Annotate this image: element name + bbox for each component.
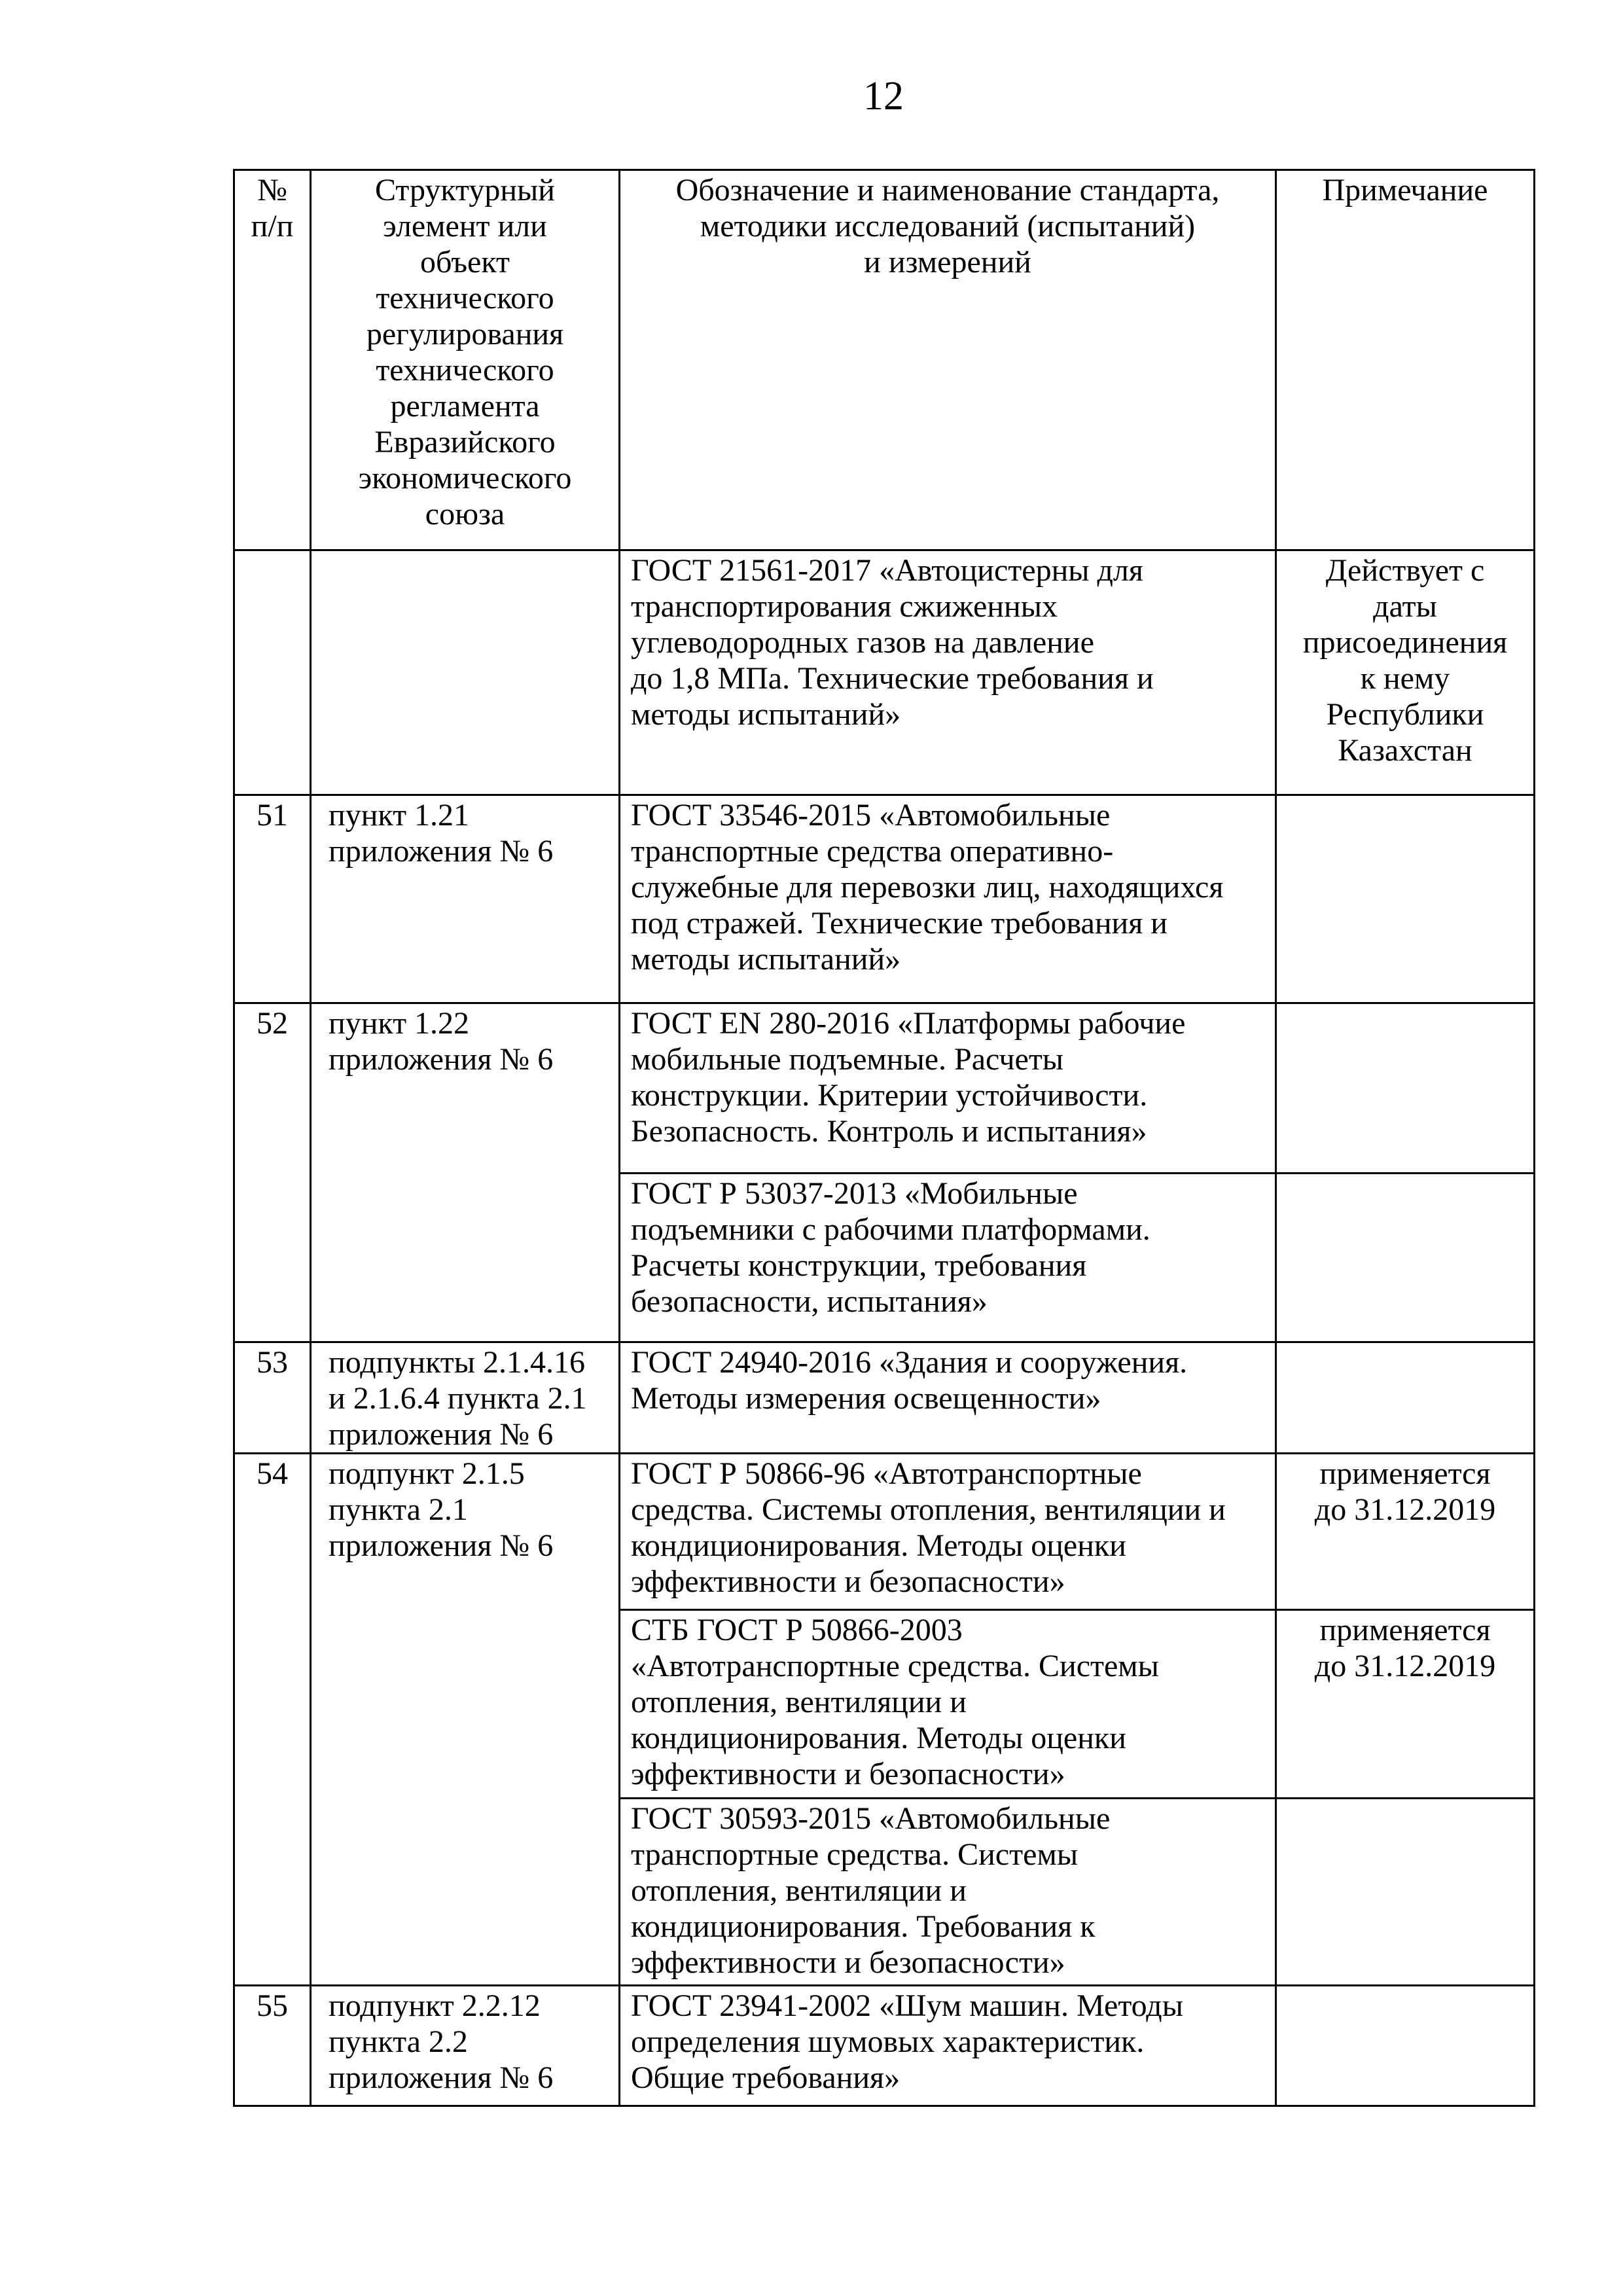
- row-standard: ГОСТ EN 280-2016 «Платформы рабочие моби…: [620, 1003, 1276, 1174]
- row-standard: ГОСТ 30593-2015 «Автомобильные транспорт…: [620, 1799, 1276, 1986]
- row-element: [311, 550, 620, 795]
- table-row: 54 подпункт 2.1.5 пункта 2.1 приложения …: [234, 1454, 1535, 1610]
- row-element: пункт 1.21 приложения № 6: [311, 795, 620, 1003]
- row-note: [1276, 795, 1535, 1003]
- row-number: 51: [234, 795, 311, 1003]
- page-number: 12: [0, 73, 1623, 119]
- row-number: [234, 550, 311, 795]
- row-standard: ГОСТ 23941-2002 «Шум машин. Методы опред…: [620, 1986, 1276, 2106]
- row-standard: ГОСТ 33546-2015 «Автомобильные транспорт…: [620, 795, 1276, 1003]
- row-number: 52: [234, 1003, 311, 1342]
- header-number: № п/п: [234, 170, 311, 550]
- row-standard: ГОСТ 21561-2017 «Автоцистерны для трансп…: [620, 550, 1276, 795]
- row-note: [1276, 1986, 1535, 2106]
- row-standard: ГОСТ 24940-2016 «Здания и сооружения. Ме…: [620, 1342, 1276, 1454]
- table-row: 52 пункт 1.22 приложения № 6 ГОСТ EN 280…: [234, 1003, 1535, 1174]
- table-row: 53 подпункты 2.1.4.16 и 2.1.6.4 пункта 2…: [234, 1342, 1535, 1454]
- row-element: пункт 1.22 приложения № 6: [311, 1003, 620, 1342]
- row-note: [1276, 1174, 1535, 1342]
- table-row: 51 пункт 1.21 приложения № 6 ГОСТ 33546-…: [234, 795, 1535, 1003]
- header-note: Примечание: [1276, 170, 1535, 550]
- row-number: 54: [234, 1454, 311, 1986]
- row-standard: СТБ ГОСТ Р 50866-2003 «Автотранспортные …: [620, 1610, 1276, 1799]
- table-header-row: № п/п Структурный элемент или объект тех…: [234, 170, 1535, 550]
- row-standard: ГОСТ Р 50866-96 «Автотранспортные средст…: [620, 1454, 1276, 1610]
- row-note: Действует с даты присоединения к нему Ре…: [1276, 550, 1535, 795]
- header-structural-element: Структурный элемент или объект техническ…: [311, 170, 620, 550]
- header-standard: Обозначение и наименование стандарта, ме…: [620, 170, 1276, 550]
- row-note: [1276, 1003, 1535, 1174]
- table-row: ГОСТ 21561-2017 «Автоцистерны для трансп…: [234, 550, 1535, 795]
- row-element: подпункты 2.1.4.16 и 2.1.6.4 пункта 2.1 …: [311, 1342, 620, 1454]
- row-note: применяется до 31.12.2019: [1276, 1454, 1535, 1610]
- row-number: 55: [234, 1986, 311, 2106]
- row-number: 53: [234, 1342, 311, 1454]
- row-note: [1276, 1342, 1535, 1454]
- row-note: [1276, 1799, 1535, 1986]
- row-element: подпункт 2.1.5 пункта 2.1 приложения № 6: [311, 1454, 620, 1986]
- row-standard: ГОСТ Р 53037-2013 «Мобильные подъемники …: [620, 1174, 1276, 1342]
- table-row: 55 подпункт 2.2.12 пункта 2.2 приложения…: [234, 1986, 1535, 2106]
- row-note: применяется до 31.12.2019: [1276, 1610, 1535, 1799]
- standards-table: № п/п Структурный элемент или объект тех…: [233, 169, 1535, 2107]
- row-element: подпункт 2.2.12 пункта 2.2 приложения № …: [311, 1986, 620, 2106]
